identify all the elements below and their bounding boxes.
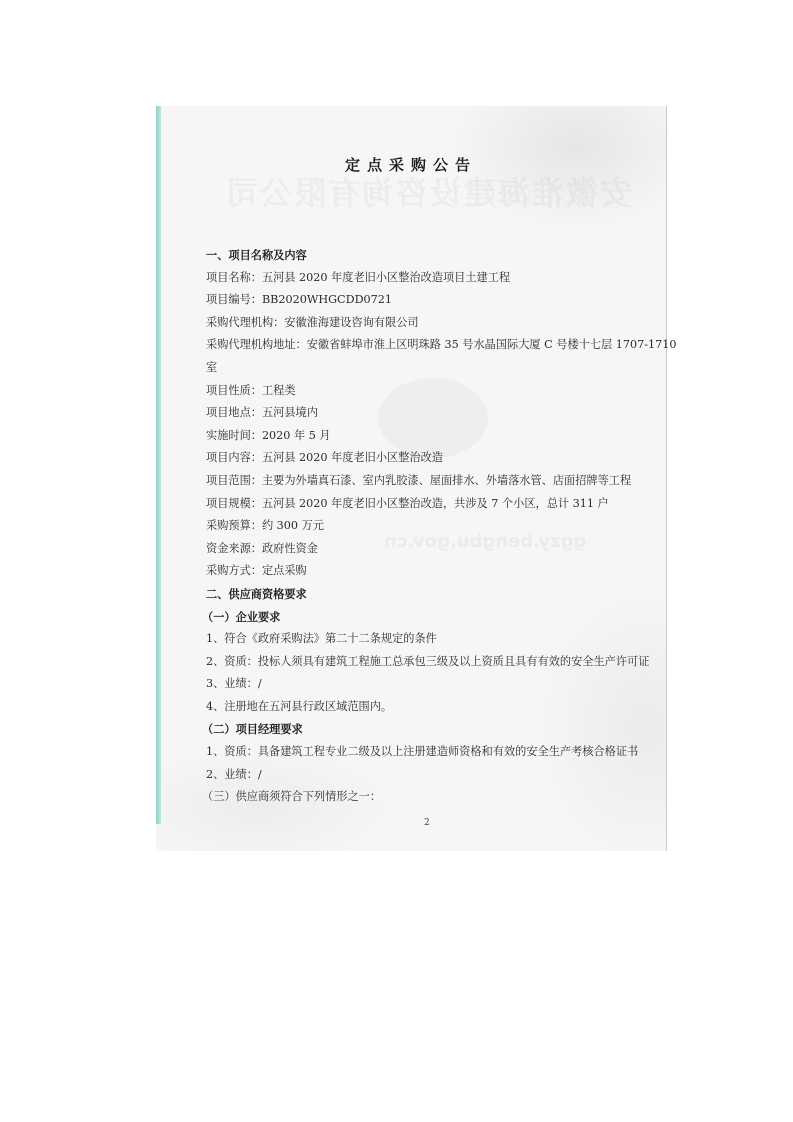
requirement-item: 1、资质：具备建筑工程专业二级及以上注册建造师资格和有效的安全生产考核合格证书 bbox=[206, 741, 666, 764]
field-project-scope: 项目范围：主要为外墙真石漆、室内乳胶漆、屋面排水、外墙落水管、店面招牌等工程 bbox=[206, 470, 666, 493]
requirement-item: 3、业绩：/ bbox=[206, 673, 666, 696]
scan-edge-strip bbox=[156, 106, 161, 824]
field-fund-source: 资金来源：政府性资金 bbox=[206, 538, 666, 561]
field-project-number: 项目编号：BB2020WHGCDD0721 bbox=[206, 289, 666, 312]
field-agency-address-cont: 室 bbox=[206, 357, 666, 380]
requirement-item: 2、资质：投标人须具有建筑工程施工总承包三级及以上资质且具有有效的安全生产许可证 bbox=[206, 651, 666, 674]
scanned-page: 安徽淮海建设咨询有限公司 ggzy.bengbu.gov.cn 定点采购公告 一… bbox=[156, 106, 666, 851]
field-implementation-time: 实施时间：2020 年 5 月 bbox=[206, 425, 666, 448]
document-body: 一、项目名称及内容 项目名称：五河县 2020 年度老旧小区整治改造项目土建工程… bbox=[206, 244, 666, 809]
field-agency: 采购代理机构：安徽淮海建设咨询有限公司 bbox=[206, 312, 666, 335]
subheading-project-manager: （二）项目经理要求 bbox=[206, 718, 666, 741]
field-agency-address: 采购代理机构地址：安徽省蚌埠市淮上区明珠路 35 号水晶国际大厦 C 号楼十七层… bbox=[206, 334, 666, 357]
page-number: 2 bbox=[424, 818, 430, 828]
section-heading-project: 一、项目名称及内容 bbox=[206, 244, 666, 267]
field-procurement-method: 采购方式：定点采购 bbox=[206, 560, 666, 583]
field-budget: 采购预算：约 300 万元 bbox=[206, 515, 666, 538]
requirement-item: 2、业绩：/ bbox=[206, 764, 666, 787]
subheading-supplier-conditions: （三）供应商须符合下列情形之一： bbox=[206, 786, 666, 809]
section-heading-qualifications: 二、供应商资格要求 bbox=[206, 583, 666, 606]
field-project-scale: 项目规模：五河县 2020 年度老旧小区整治改造，共涉及 7 个小区，总计 31… bbox=[206, 493, 666, 516]
document-title: 定点采购公告 bbox=[156, 154, 666, 175]
requirement-item: 4、注册地在五河县行政区域范围内。 bbox=[206, 696, 666, 719]
subheading-enterprise: （一）企业要求 bbox=[206, 606, 666, 629]
field-project-content: 项目内容：五河县 2020 年度老旧小区整治改造 bbox=[206, 447, 666, 470]
field-project-location: 项目地点：五河县境内 bbox=[206, 402, 666, 425]
field-project-nature: 项目性质：工程类 bbox=[206, 380, 666, 403]
requirement-item: 1、符合《政府采购法》第二十二条规定的条件 bbox=[206, 628, 666, 651]
field-project-name: 项目名称：五河县 2020 年度老旧小区整治改造项目土建工程 bbox=[206, 267, 666, 290]
